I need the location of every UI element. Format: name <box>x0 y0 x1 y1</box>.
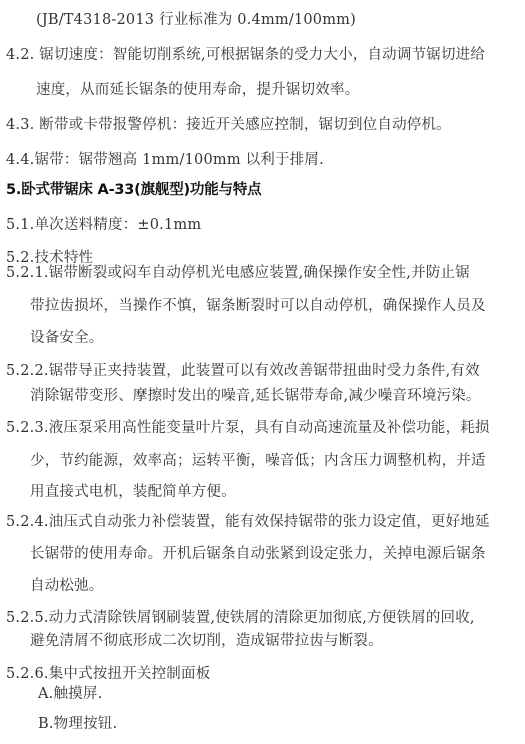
text-line-5-2-5-cont: 避免清屑不彻底形成二次切削，造成锯带拉齿与断裂。 <box>30 631 383 651</box>
text-line-5-1: 5.1.单次送料精度：±0.1mm <box>6 215 201 235</box>
text-line-4-3: 4.3. 断带或卡带报警停机：接近开关感应控制，锯切到位自动停机。 <box>6 115 451 135</box>
text-line-5-2-1-cont1: 带拉齿损坏，当操作不慎，锯条断裂时可以自动停机，确保操作人员及 <box>30 296 486 316</box>
text-line-5-2-1: 5.2.1.锯带断裂或闷车自动停机光电感应装置,确保操作安全性,并防止锯 <box>6 263 470 283</box>
text-line-5-2-1-cont2: 设备安全。 <box>30 328 104 348</box>
text-line-5-2-6: 5.2.6.集中式按扭开关控制面板 <box>6 664 210 684</box>
text-line-5-2-4-cont1: 长锯带的使用寿命。开机后锯条自动张紧到设定张力，关掉电源后锯条 <box>30 544 486 564</box>
text-line-5-2-3-cont2: 用直接式电机，装配简单方便。 <box>30 482 236 502</box>
text-line-5-2-3-cont1: 少，节约能源，效率高；运转平衡，噪音低；内含压力调整机构，并适 <box>30 451 486 471</box>
text-line-5-2-5: 5.2.5.动力式清除铁屑钢刷装置,使铁屑的清除更加彻底,方便铁屑的回收, <box>6 608 475 628</box>
list-item-b: B.物理按钮. <box>38 714 117 734</box>
text-line-standard-note: (JB/T4318-2013 行业标准为 0.4mm/100mm) <box>36 10 356 30</box>
text-line-5-2-2-cont: 消除锯带变形、摩擦时发出的噪音,延长锯带寿命,减少噪音环境污染。 <box>30 386 481 406</box>
section-heading-5: 5.卧式带锯床 A-33(旗舰型)功能与特点 <box>6 180 261 200</box>
text-line-5-2-2: 5.2.2.锯带导正夹持装置，此装置可以有效改善锯带扭曲时受力条件,有效 <box>6 361 480 381</box>
text-line-4-2: 4.2. 锯切速度：智能切削系统,可根据锯条的受力大小，自动调节锯切进给 <box>6 45 485 65</box>
text-line-5-2-4: 5.2.4.油压式自动张力补偿装置，能有效保持锯带的张力设定值，更好地延 <box>6 512 490 532</box>
text-line-5-2-4-cont2: 自动松弛。 <box>30 576 104 596</box>
text-line-4-2-cont: 速度，从而延长锯条的使用寿命，提升锯切效率。 <box>36 80 359 100</box>
text-line-4-4: 4.4.锯带：锯带翘高 1mm/100mm 以利于排屑. <box>6 150 324 170</box>
list-item-a: A.触摸屏. <box>38 684 102 704</box>
text-line-5-2-3: 5.2.3.液压泵采用高性能变量叶片泵，具有自动高速流量及补偿功能，耗损 <box>6 418 490 438</box>
